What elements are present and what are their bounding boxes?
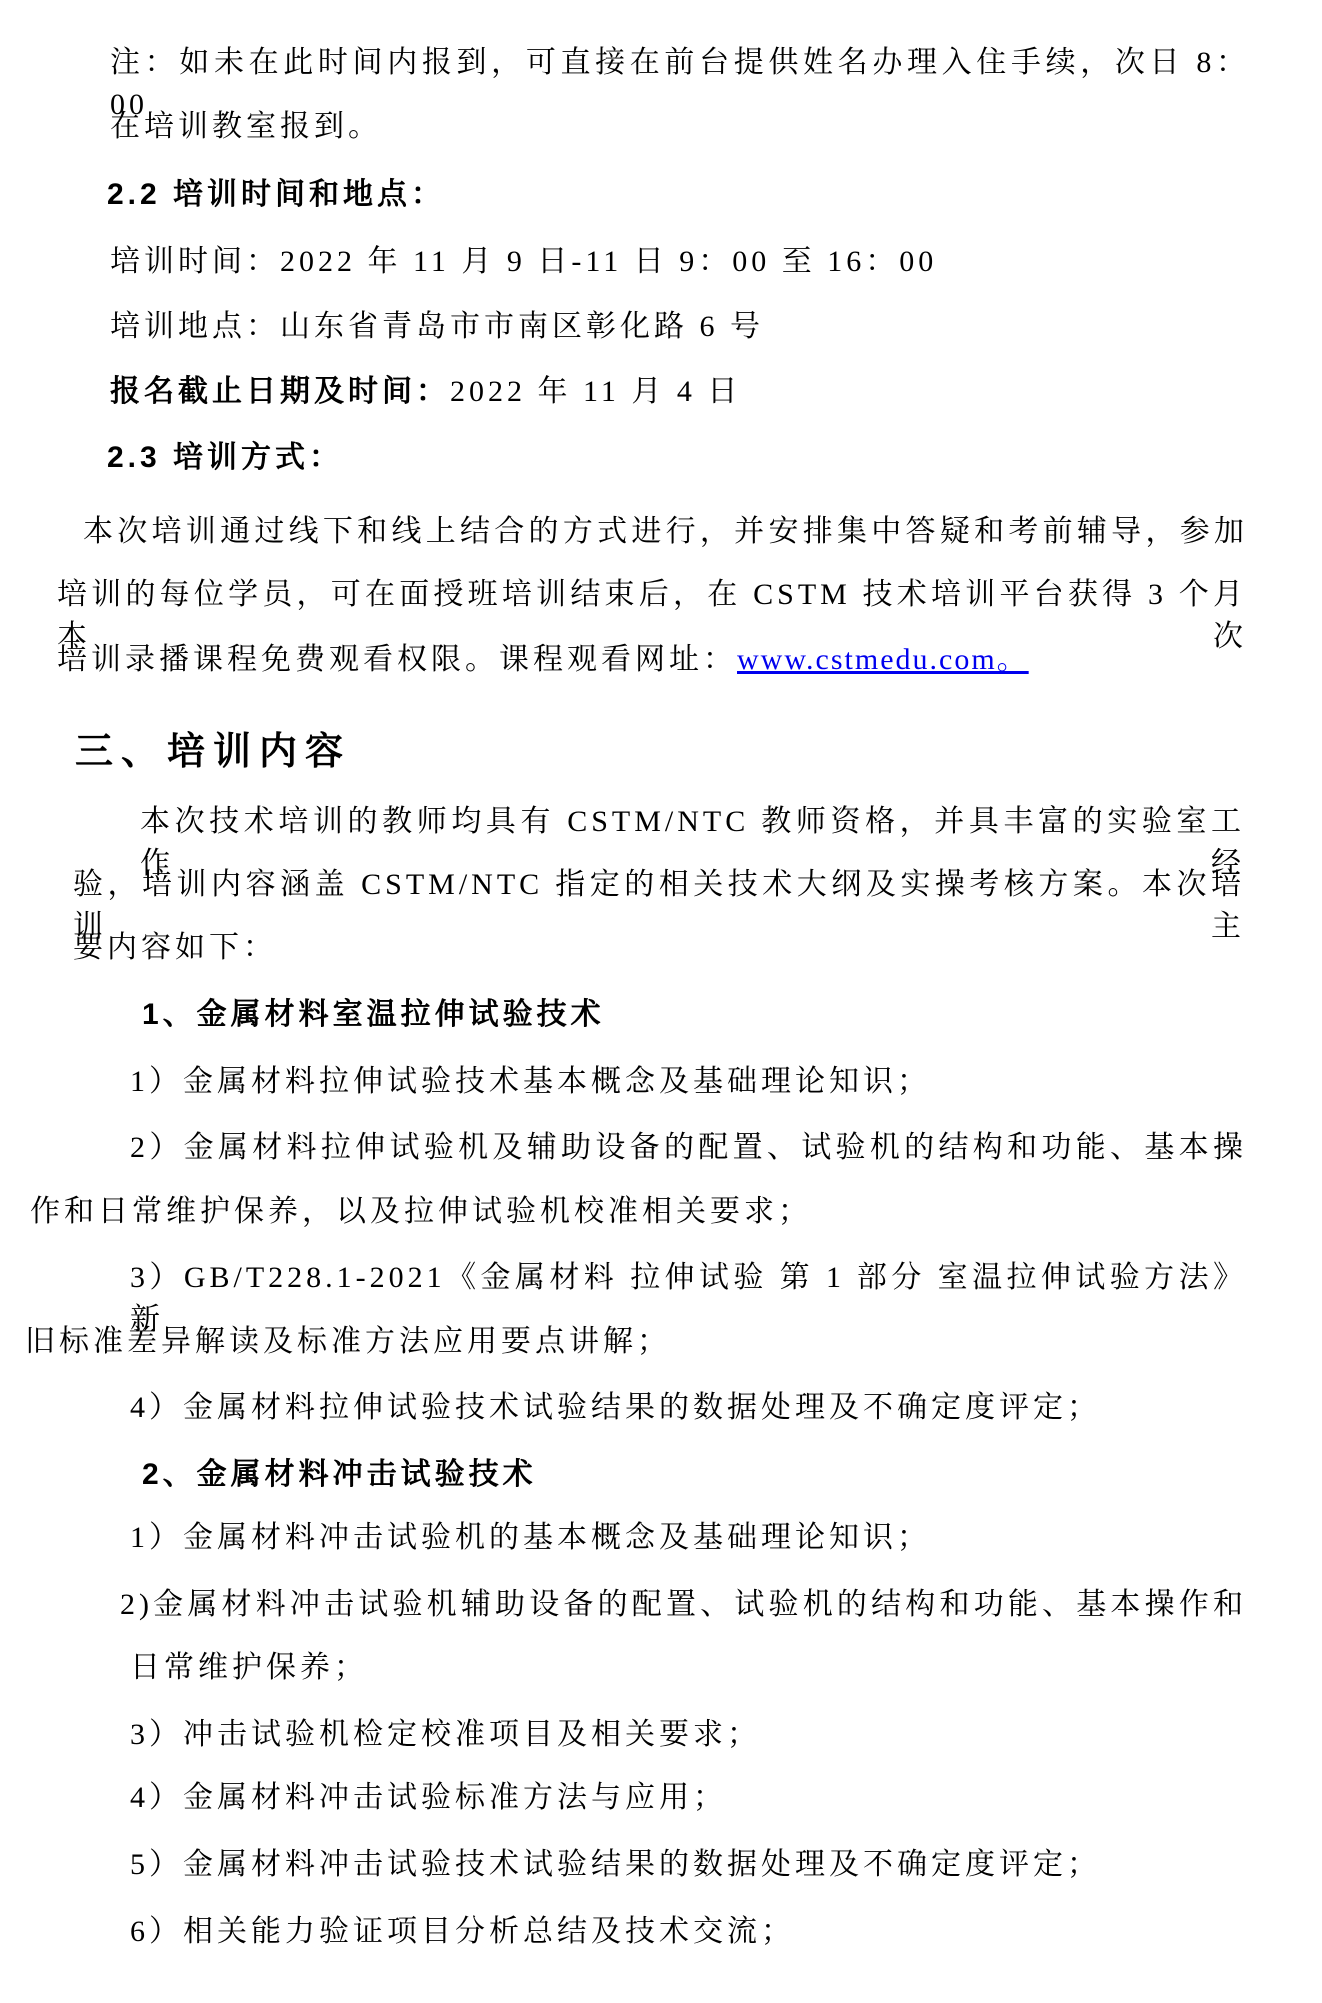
topic-2-item-continuation: 日常维护保养；: [130, 1647, 368, 1689]
note-line-2: 在培训教室报到。: [110, 106, 382, 148]
topic-1-item-continuation: 作和日常维护保养，以及拉伸试验机校准相关要求；: [30, 1191, 812, 1233]
content-intro-line-3: 要内容如下：: [73, 927, 277, 969]
topic-2-item: 2)金属材料冲击试验机辅助设备的配置、试验机的结构和功能、基本操作和: [120, 1584, 1247, 1626]
topic-2-item: 3）冲击试验机检定校准项目及相关要求；: [130, 1714, 761, 1756]
registration-deadline-line: 报名截止日期及时间：2022 年 11 月 4 日: [110, 371, 741, 413]
section-3-heading: 三、培训内容: [75, 728, 351, 776]
section-2-3-heading: 2.3 培训方式：: [107, 437, 343, 479]
training-location-line: 培训地点：山东省青岛市市南区彰化路 6 号: [110, 306, 764, 348]
topic-1-item: 1）金属材料拉伸试验技术基本概念及基础理论知识；: [130, 1061, 931, 1103]
topic-1-item: 2）金属材料拉伸试验机及辅助设备的配置、试验机的结构和功能、基本操: [130, 1127, 1247, 1169]
topic-2-item: 1）金属材料冲击试验机的基本概念及基础理论知识；: [130, 1517, 931, 1559]
course-website-label: 培训录播课程免费观看权限。课程观看网址：: [57, 643, 737, 676]
deadline-label: 报名截止日期及时间：: [110, 375, 450, 408]
topic-2-item: 5）金属材料冲击试验技术试验结果的数据处理及不确定度评定；: [130, 1844, 1101, 1886]
method-paragraph-line-3: 培训录播课程免费观看权限。课程观看网址：www.cstmedu.com。: [57, 639, 1029, 681]
topic-1-item: 4）金属材料拉伸试验技术试验结果的数据处理及不确定度评定；: [130, 1387, 1101, 1429]
document-page: 注：如未在此时间内报到，可直接在前台提供姓名办理入住手续，次日 8：00 在培训…: [0, 0, 1322, 2003]
topic-2-heading: 2、金属材料冲击试验技术: [142, 1454, 537, 1496]
training-time-line: 培训时间：2022 年 11 月 9 日-11 日 9：00 至 16：00: [110, 241, 937, 283]
topic-1-heading: 1、金属材料室温拉伸试验技术: [142, 994, 605, 1036]
section-2-2-heading: 2.2 培训时间和地点：: [107, 174, 445, 216]
topic-1-item-continuation: 旧标准差异解读及标准方法应用要点讲解；: [25, 1321, 671, 1363]
deadline-value: 2022 年 11 月 4 日: [450, 375, 741, 408]
topic-2-item: 4）金属材料冲击试验标准方法与应用；: [130, 1777, 727, 1819]
topic-2-item: 6）相关能力验证项目分析总结及技术交流；: [130, 1911, 795, 1953]
course-website-link[interactable]: www.cstmedu.com。: [737, 643, 1029, 676]
method-paragraph-line-1: 本次培训通过线下和线上结合的方式进行，并安排集中答疑和考前辅导，参加: [83, 511, 1248, 553]
